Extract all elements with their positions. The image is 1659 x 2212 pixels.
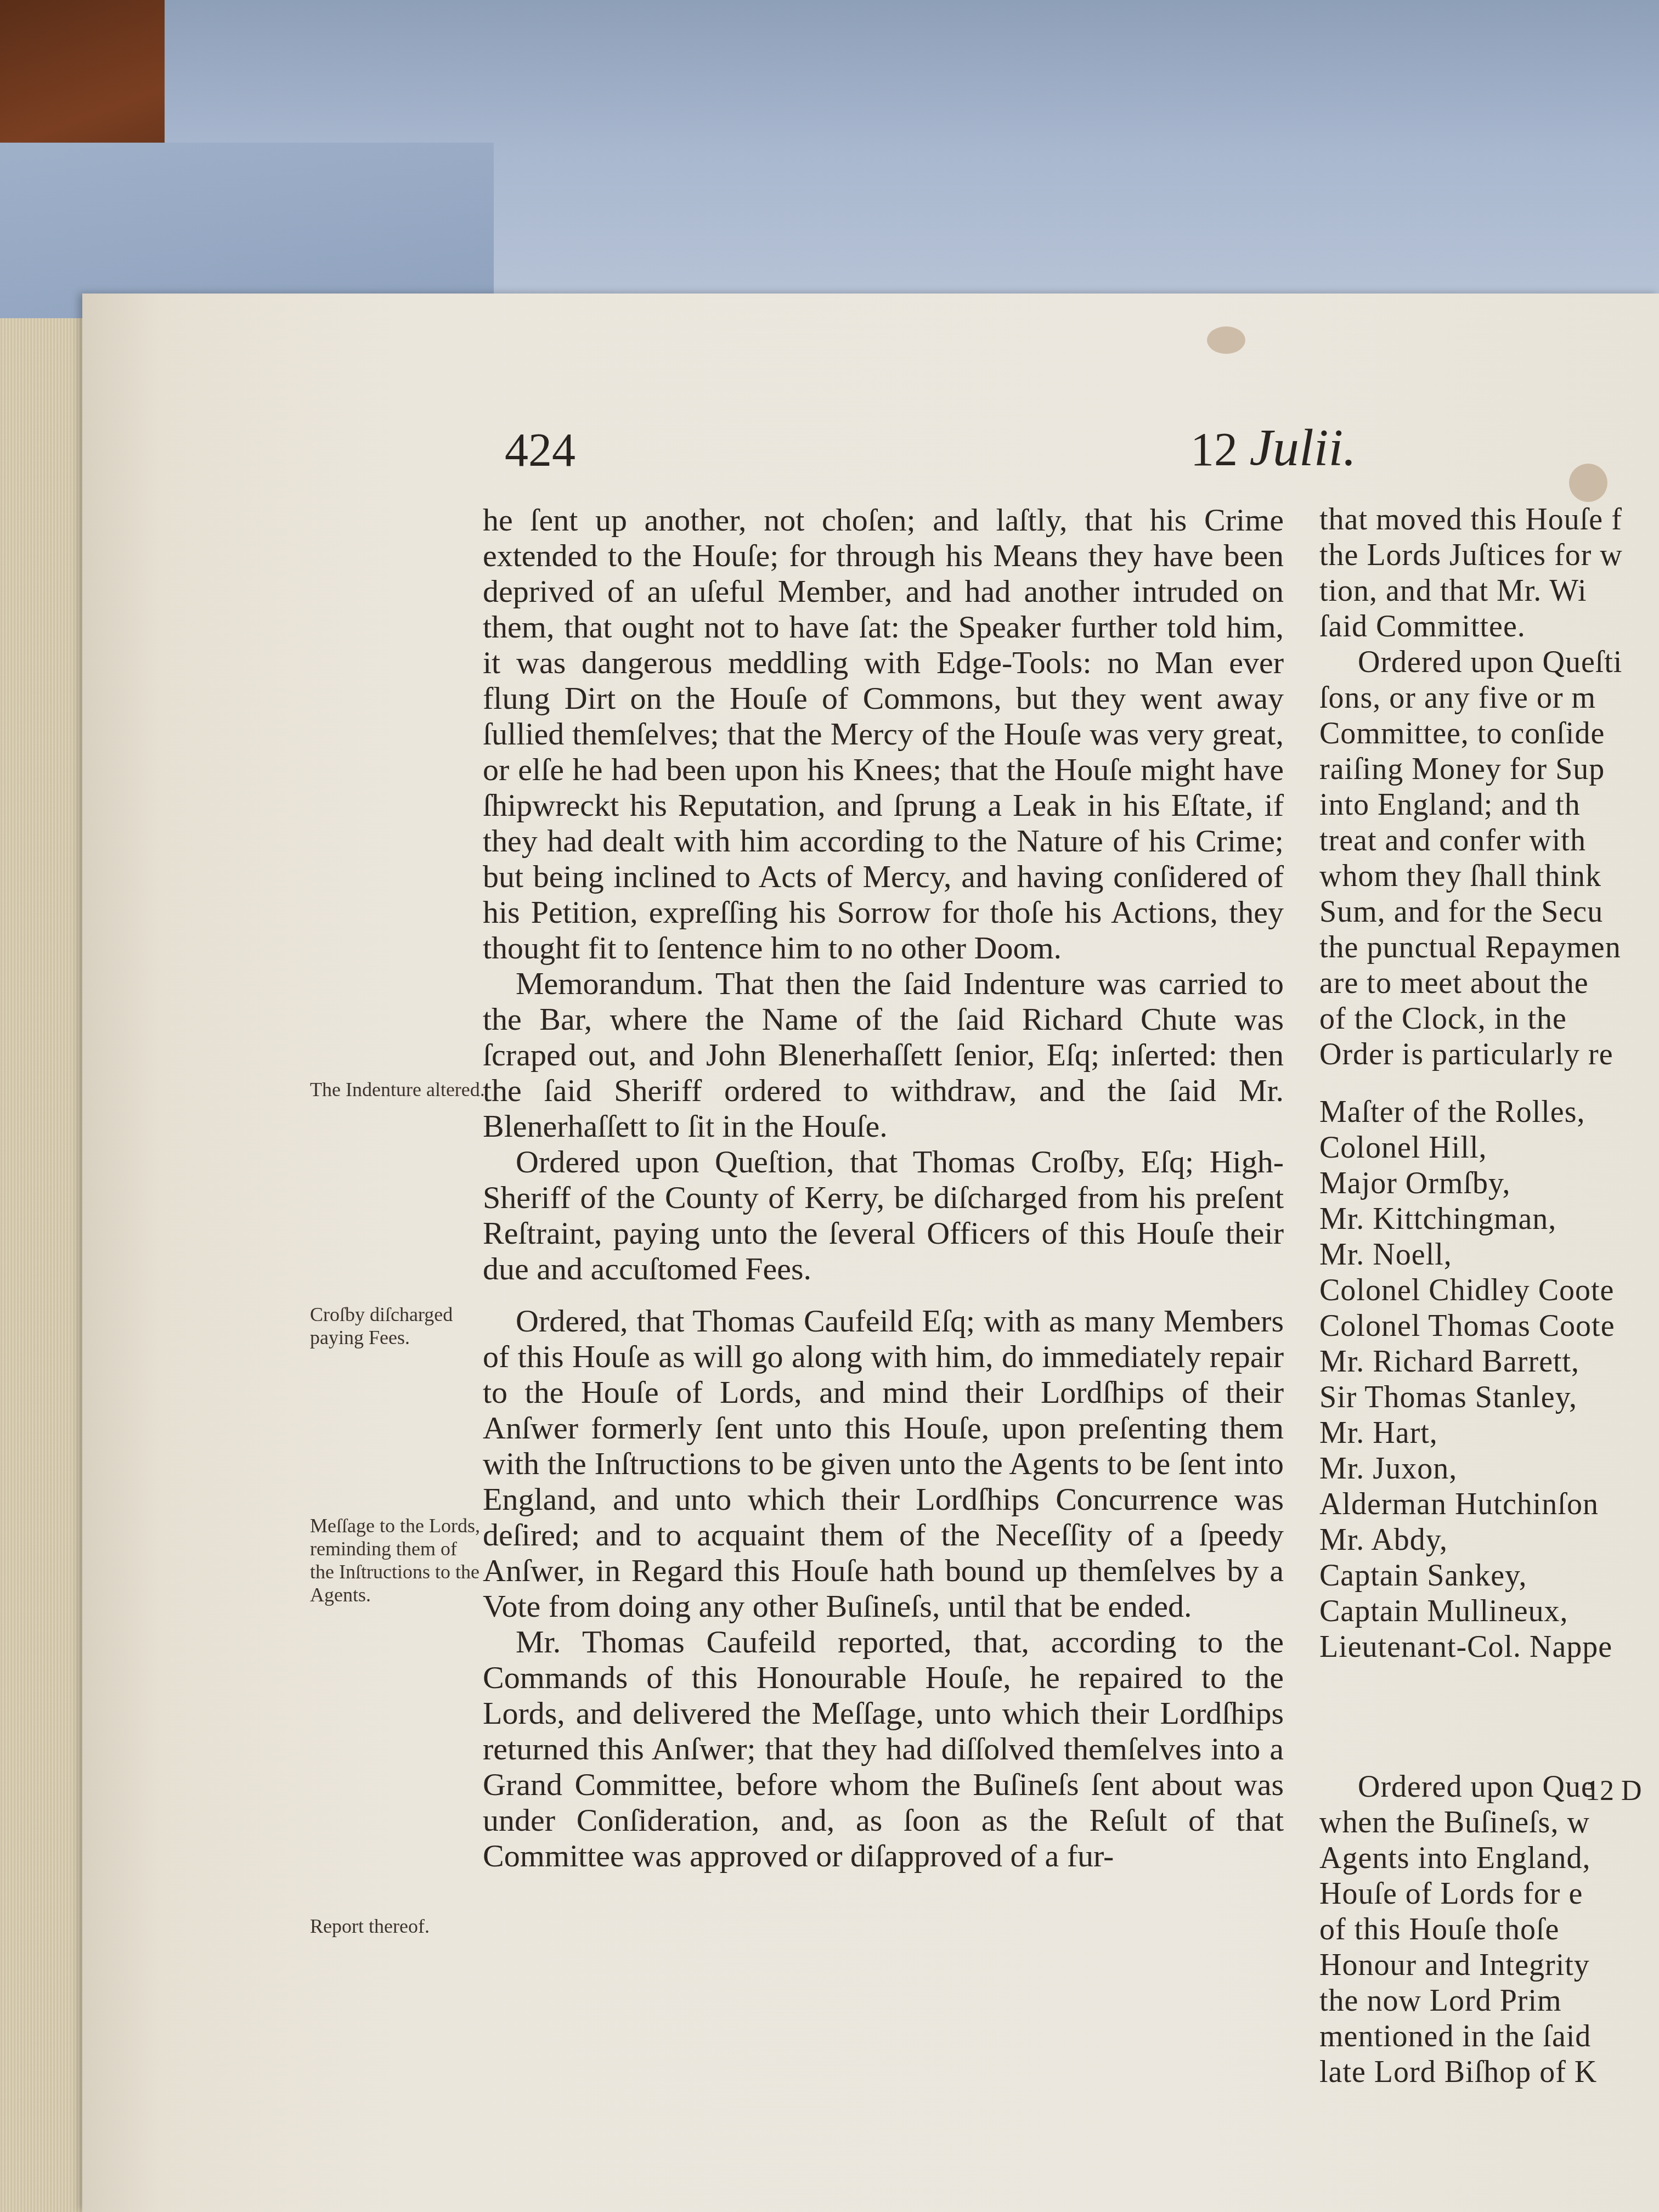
text-line: raiſing Money for Sup — [1319, 752, 1659, 787]
committee-name: Colonel Thomas Coote — [1319, 1308, 1659, 1344]
text-line: Agents into England, — [1319, 1841, 1659, 1876]
margin-note-report: Report thereof. — [310, 1915, 486, 1938]
text-line: ſons, or any five or m — [1319, 680, 1659, 716]
text-line: of this Houſe thoſe — [1319, 1912, 1659, 1948]
committee-name: Major Ormſby, — [1319, 1166, 1659, 1201]
date-heading: 12 Julii. — [1190, 417, 1356, 478]
page-stain — [1207, 326, 1245, 354]
text-line: Houſe of Lords for e — [1319, 1876, 1659, 1912]
running-head: 424 12 Julii. — [0, 422, 1659, 488]
committee-name: Sir Thomas Stanley, — [1319, 1380, 1659, 1415]
text-line: are to meet about the — [1319, 966, 1659, 1001]
text-line: mentioned in the ſaid — [1319, 2019, 1659, 2055]
text-line: the now Lord Prim — [1319, 1983, 1659, 2019]
date-day: 12 — [1190, 423, 1238, 476]
committee-name: Mr. Hart, — [1319, 1415, 1659, 1451]
text-line: the punctual Repaymen — [1319, 930, 1659, 966]
paragraph-crosby-discharged: Ordered upon Queſtion, that Thomas Croſb… — [483, 1144, 1284, 1286]
text-line: treat and confer with — [1319, 823, 1659, 859]
right-text-column: that moved this Houſe f the Lords Juſtic… — [1319, 502, 1659, 2090]
main-text-column: he ſent up another, not choſen; and laſt… — [483, 502, 1284, 1874]
committee-name: Alderman Hutchinſon — [1319, 1487, 1659, 1522]
text-line: Order is particularly re — [1319, 1037, 1659, 1073]
paragraph-speaker-sentence: he ſent up another, not choſen; and laſt… — [483, 502, 1284, 966]
text-line: Ordered upon Queſti — [1319, 645, 1659, 680]
margin-note-crosby: Croſby diſcharged paying Fees. — [310, 1303, 486, 1349]
text-line: tion, and that Mr. Wi — [1319, 573, 1659, 609]
committee-name: Colonel Hill, — [1319, 1130, 1659, 1166]
text-line: when the Buſineſs, w — [1319, 1805, 1659, 1841]
committee-name: Captain Sankey, — [1319, 1558, 1659, 1594]
committee-name: Mr. Richard Barrett, — [1319, 1344, 1659, 1380]
text-line: of the Clock, in the — [1319, 1001, 1659, 1037]
paragraph-report: Mr. Thomas Caufeild reported, that, acco… — [483, 1624, 1284, 1874]
committee-name: Captain Mullineux, — [1319, 1594, 1659, 1629]
committee-name: Maſter of the Rolles, — [1319, 1094, 1659, 1130]
text-line: the Lords Juſtices for w — [1319, 538, 1659, 573]
date-subheading: 12 D — [1585, 1775, 1642, 1807]
text-line: ſaid Committee. — [1319, 609, 1659, 645]
text-line: Honour and Integrity — [1319, 1948, 1659, 1983]
committee-name: Mr. Juxon, — [1319, 1451, 1659, 1487]
margin-note-indenture: The Indenture altered. — [310, 1078, 486, 1101]
committee-name: Mr. Kittchingman, — [1319, 1201, 1659, 1237]
date-month: Julii. — [1250, 418, 1357, 477]
text-line: that moved this Houſe f — [1319, 502, 1659, 538]
text-line: into England; and th — [1319, 787, 1659, 823]
text-line: Sum, and for the Secu — [1319, 894, 1659, 930]
margin-note-message: Meſſage to the Lords, reminding them of … — [310, 1514, 486, 1606]
committee-name: Mr. Noell, — [1319, 1237, 1659, 1273]
committee-name: Colonel Chidley Coote — [1319, 1273, 1659, 1308]
committee-name: Lieutenant-Col. Nappe — [1319, 1629, 1659, 1665]
committee-name: Mr. Abdy, — [1319, 1522, 1659, 1558]
page-number: 424 — [505, 422, 575, 477]
text-line: late Lord Biſhop of K — [1319, 2055, 1659, 2090]
book-page-edges — [0, 318, 88, 2212]
paragraph-indenture-memorandum: Memorandum. That then the ſaid Indenture… — [483, 966, 1284, 1144]
text-line: Committee, to conſide — [1319, 716, 1659, 752]
text-line: whom they ſhall think — [1319, 859, 1659, 894]
paragraph-message-to-lords: Ordered, that Thomas Caufeild Eſq; with … — [483, 1303, 1284, 1624]
